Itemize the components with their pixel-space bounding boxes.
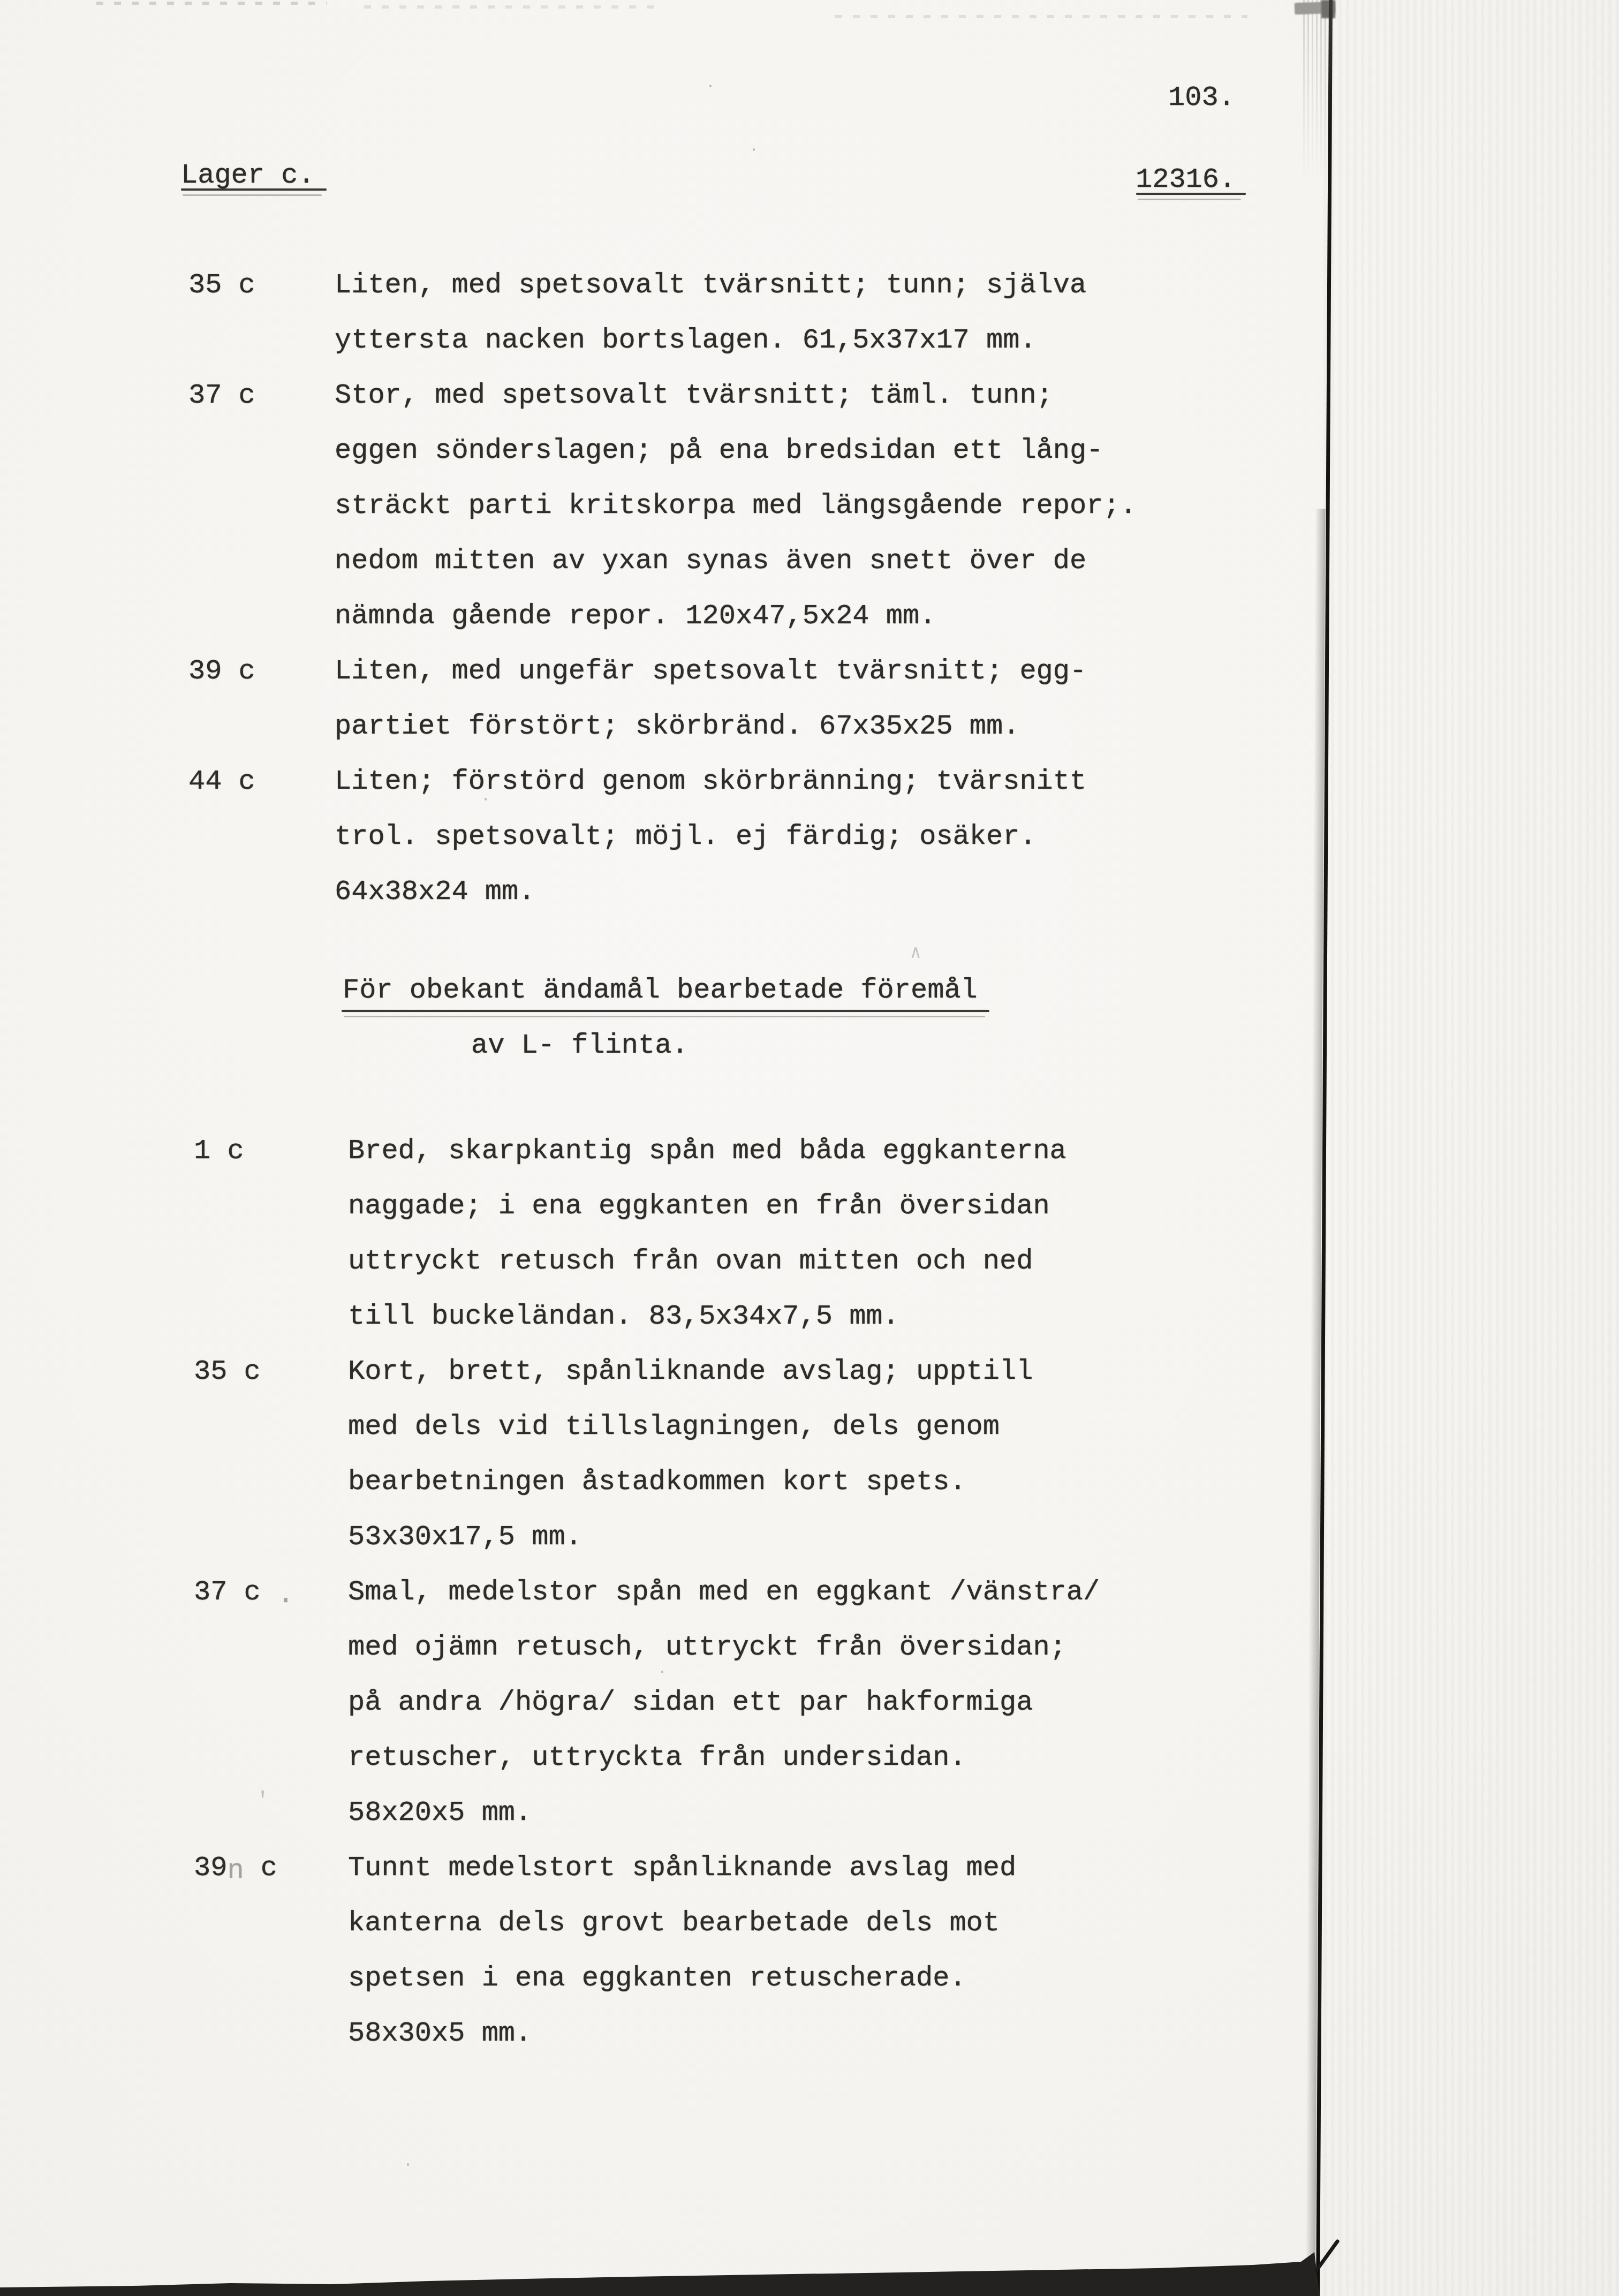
entry-line: 58x20x5 mm. bbox=[348, 1798, 532, 1828]
entry-number: 44 c bbox=[188, 767, 255, 797]
entry-line: 64x38x24 mm. bbox=[335, 877, 535, 907]
entry-line: nämnda gående repor. 120x47,5x24 mm. bbox=[335, 601, 936, 631]
entry-line: med ojämn retusch, uttryckt från översid… bbox=[348, 1633, 1066, 1663]
entry-line: Bred, skarpkantig spån med båda eggkante… bbox=[348, 1136, 1066, 1166]
entry-line: Tunnt medelstort spånliknande avslag med bbox=[348, 1853, 1016, 1883]
entry-line: retuscher, uttryckta från undersidan. bbox=[348, 1743, 966, 1773]
speck bbox=[407, 2163, 409, 2166]
entry-line: Liten, med ungefär spetsovalt tvärsnitt;… bbox=[335, 656, 1086, 686]
page-number: 103. bbox=[1168, 83, 1235, 113]
entry-line: trol. spetsovalt; möjl. ej färdig; osäke… bbox=[335, 822, 1037, 852]
entry-line: 58x30x5 mm. bbox=[348, 2019, 532, 2049]
entry-line: nedom mitten av yxan synas även snett öv… bbox=[335, 546, 1086, 576]
entry-line: Kort, brett, spånliknande avslag; upptil… bbox=[348, 1357, 1033, 1387]
entry-line: till buckeländan. 83,5x34x7,5 mm. bbox=[348, 1302, 899, 1332]
stray-tick-mark: ' bbox=[256, 1788, 269, 1814]
entry-number: 37 c . bbox=[194, 1577, 294, 1607]
entry-number: 35 c bbox=[188, 270, 255, 300]
entry-line: yttersta nacken bortslagen. 61,5x37x17 m… bbox=[335, 326, 1037, 356]
entry-line: Liten, med spetsovalt tvärsnitt; tunn; s… bbox=[335, 270, 1086, 300]
entry-line: sträckt parti kritskorpa med längsgående… bbox=[335, 491, 1137, 521]
entry-number: 39n c bbox=[194, 1853, 277, 1883]
entry-number: 1 c bbox=[194, 1136, 244, 1166]
speck bbox=[1092, 1582, 1094, 1585]
speck bbox=[661, 1671, 663, 1673]
scan-noise-strip bbox=[96, 2, 327, 5]
entry-line: Stor, med spetsovalt tvärsnitt; täml. tu… bbox=[335, 381, 1053, 411]
entry-line: naggade; i ena eggkanten en från översid… bbox=[348, 1191, 1050, 1221]
scanned-document-page: 103. Lager c. 12316. 35 c Liten, med spe… bbox=[0, 0, 1619, 2296]
layer-heading: Lager c. bbox=[181, 161, 315, 191]
speck bbox=[753, 148, 755, 151]
entry-line: på andra /högra/ sidan ett par hakformig… bbox=[348, 1688, 1033, 1718]
entry-line: Liten; förstörd genom skörbränning; tvär… bbox=[335, 767, 1086, 797]
section-subheading: av L- flinta. bbox=[471, 1031, 689, 1061]
underline bbox=[1136, 193, 1246, 195]
underline bbox=[344, 1016, 985, 1017]
speck bbox=[485, 798, 487, 800]
entry-line: med dels vid tillslagningen, dels genom bbox=[348, 1412, 1000, 1442]
entry-line: spetsen i ena eggkanten retuscherade. bbox=[348, 1963, 966, 1993]
entry-line: kanterna dels grovt bearbetade dels mot bbox=[348, 1908, 1000, 1938]
stray-caret-mark: ∧ bbox=[910, 941, 921, 964]
inventory-number: 12316. bbox=[1136, 165, 1236, 195]
entry-line: bearbetningen åstadkommen kort spets. bbox=[348, 1467, 966, 1497]
right-margin-texture bbox=[1323, 0, 1619, 2296]
entry-line: Smal, medelstor spån med en eggkant /vän… bbox=[348, 1577, 1100, 1607]
entry-number: 39 c bbox=[188, 656, 255, 686]
entry-line: 53x30x17,5 mm. bbox=[348, 1522, 582, 1552]
scan-noise-strip bbox=[835, 15, 1247, 18]
entry-line: uttryckt retusch från ovan mitten och ne… bbox=[348, 1247, 1033, 1277]
underline bbox=[1138, 199, 1241, 200]
section-heading: För obekant ändamål bearbetade föremål bbox=[343, 976, 978, 1006]
entry-number: 35 c bbox=[194, 1357, 261, 1387]
underline bbox=[183, 194, 322, 196]
scan-noise-strip bbox=[364, 5, 664, 9]
underline bbox=[181, 188, 327, 191]
entry-line: eggen sönderslagen; på ena bredsidan ett… bbox=[335, 436, 1103, 466]
entry-number: 37 c bbox=[188, 381, 255, 411]
bottom-scan-band bbox=[0, 2227, 1619, 2296]
underline bbox=[342, 1010, 989, 1012]
entry-line: partiet förstört; skörbränd. 67x35x25 mm… bbox=[335, 712, 1019, 742]
speck bbox=[709, 85, 712, 87]
